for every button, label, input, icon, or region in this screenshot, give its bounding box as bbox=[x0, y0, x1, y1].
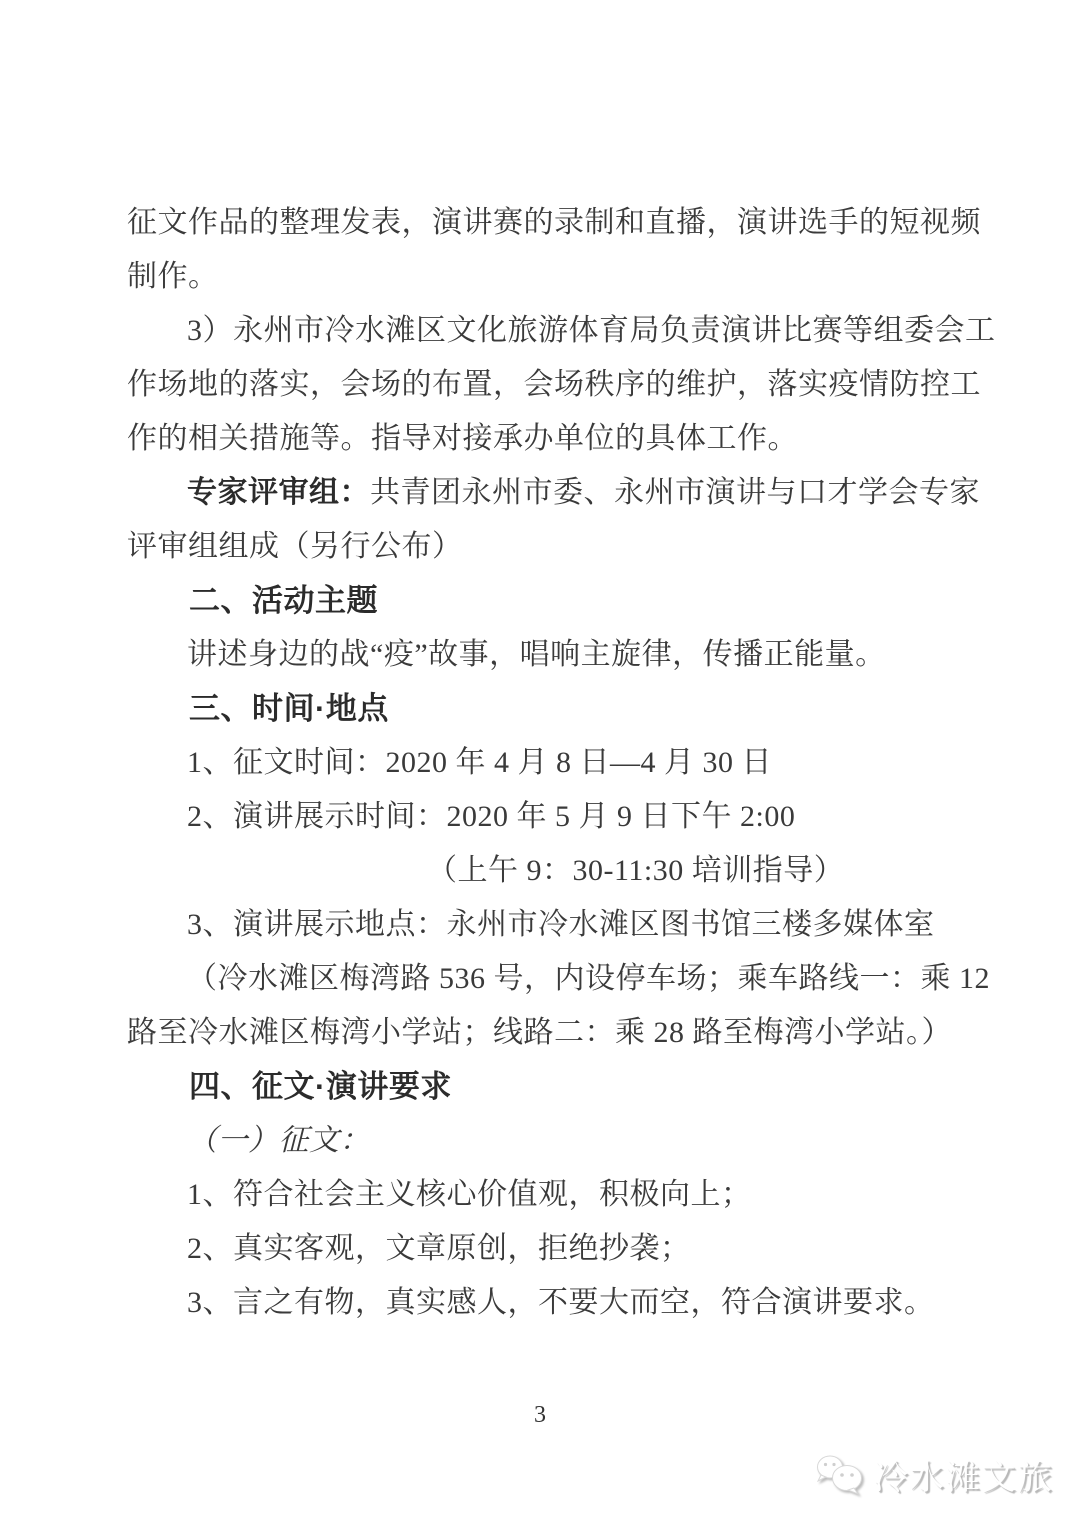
doc-line: 讲述身边的战“疫”故事，唱响主旋律，传播正能量。 bbox=[127, 628, 960, 682]
doc-line: 2、演讲展示时间：2020 年 5 月 9 日下午 2:00 bbox=[127, 790, 960, 844]
watermark-text: 冷水滩文旅 bbox=[874, 1450, 1054, 1499]
doc-line: 作场地的落实，会场的布置，会场秩序的维护，落实疫情防控工 bbox=[127, 358, 960, 412]
wechat-icon bbox=[814, 1452, 866, 1498]
heading-essay-speech-requirements: 四、征文·演讲要求 bbox=[127, 1060, 960, 1114]
expert-panel-text: 共青团永州市委、永州市演讲与口才学会专家 bbox=[370, 476, 980, 509]
doc-line: 3、言之有物，真实感人，不要大而空，符合演讲要求。 bbox=[127, 1276, 960, 1330]
doc-line: 3）永州市冷水滩区文化旅游体育局负责演讲比赛等组委会工 bbox=[127, 304, 960, 358]
watermark: 冷水滩文旅 bbox=[814, 1450, 1054, 1499]
doc-line: 1、征文时间：2020 年 4 月 8 日—4 月 30 日 bbox=[127, 736, 960, 790]
doc-line: （上午 9：30-11:30 培训指导） bbox=[127, 844, 960, 898]
doc-line: 制作。 bbox=[127, 250, 960, 304]
doc-line-essay-subheading: （一）征文： bbox=[127, 1114, 960, 1168]
doc-line-expert-panel: 专家评审组：共青团永州市委、永州市演讲与口才学会专家 bbox=[127, 466, 960, 520]
doc-line: （冷水滩区梅湾路 536 号，内设停车场；乘车路线一：乘 12 bbox=[127, 952, 960, 1006]
document-body: 征文作品的整理发表，演讲赛的录制和直播，演讲选手的短视频 制作。 3）永州市冷水… bbox=[127, 196, 960, 1330]
page-number: 3 bbox=[0, 1402, 1080, 1429]
doc-line: 路至冷水滩区梅湾小学站；线路二：乘 28 路至梅湾小学站。） bbox=[127, 1006, 960, 1060]
doc-line: 1、符合社会主义核心价值观，积极向上； bbox=[127, 1168, 960, 1222]
doc-line: 评审组组成（另行公布） bbox=[127, 520, 960, 574]
expert-panel-label: 专家评审组： bbox=[187, 476, 370, 509]
doc-line: 征文作品的整理发表，演讲赛的录制和直播，演讲选手的短视频 bbox=[127, 196, 960, 250]
doc-line: 作的相关措施等。指导对接承办单位的具体工作。 bbox=[127, 412, 960, 466]
doc-line: 2、真实客观，文章原创，拒绝抄袭； bbox=[127, 1222, 960, 1276]
heading-activity-theme: 二、活动主题 bbox=[127, 574, 960, 628]
doc-line: 3、演讲展示地点：永州市冷水滩区图书馆三楼多媒体室 bbox=[127, 898, 960, 952]
heading-time-location: 三、时间·地点 bbox=[127, 682, 960, 736]
document-page: 征文作品的整理发表，演讲赛的录制和直播，演讲选手的短视频 制作。 3）永州市冷水… bbox=[0, 0, 1080, 1526]
